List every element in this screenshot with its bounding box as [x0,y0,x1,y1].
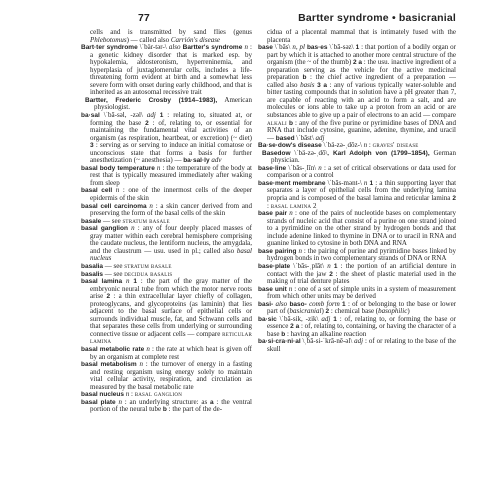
headword: basale [81,218,101,225]
text-columns: cells and is transmitted by sand flies (… [60,29,456,479]
continuation-paragraph: cells and is transmitted by sand flies (… [81,29,252,44]
text-run: adj [354,337,363,345]
text-run: : one of the pairs of nucleotide bases o… [267,209,456,247]
dictionary-entry: base pairing n : the pairing of purine a… [258,248,456,263]
text-run: graves' disease [373,141,419,149]
text-run: Karl Adolph von (1799–1854), [333,150,430,157]
dictionary-entry: basal ganglion n : any of four deeply pl… [81,225,252,263]
guide-words: Bartter syndrome • basicranial [298,12,456,24]
text-run: : a genetic kidney disorder that is mark… [90,43,252,96]
page-header: 77 Bartter syndrome • basicranial [60,12,456,27]
dictionary-entry: Ba·se·dow's disease \ˈbä-zə-ˌdōz-\ n : g… [258,142,456,150]
dictionary-entry: base pair n : one of the pairs of nucleo… [258,210,456,248]
dictionary-entry: base unit n : one of a set of simple uni… [258,286,456,301]
dictionary-entry: basal cell n : one of the innermost cell… [81,187,252,202]
dictionary-entry: basal metabolic rate n : the rate at whi… [81,346,252,361]
text-run: Phlebotomus [90,36,127,44]
dictionary-entry: ba·sal \ˈbā-səl, -zəl\ adj 1 : relating … [81,112,252,165]
dictionary-entry: base·plate \ˈbās-ˌplāt\ n 1 : the portio… [258,263,456,286]
dictionary-entry: basal plate n : an underlying structure:… [81,399,252,414]
column-left: cells and is transmitted by sand flies (… [81,29,252,479]
headword: basalia [81,263,103,270]
text-run: : one of a set of simple units in a syst… [267,285,456,301]
text-run: \ˈbāst\ [295,134,316,142]
dictionary-entry: ba·sic \ˈbā-sik, -zik\ adj 1 : of, relat… [258,316,456,339]
dictionary-entry: Bart·ter syndrome \ˈbär-tər-\ also Bartt… [81,44,252,97]
text-run: : the part of the de- [167,405,222,413]
dictionary-entry: basal body temperature n : the temperatu… [81,165,252,188]
dictionary-entry: basal cell carcinoma n : a skin cancer d… [81,203,252,218]
text-run: — see [101,217,122,225]
text-run: \ˌbā-si-ˈkrā-nē-əl\ [301,337,355,345]
dictionary-entry: ba·si·cra·ni·al \ˌbā-si-ˈkrā-nē-əl\ adj … [258,338,456,353]
dictionary-entry: base \ˈbās\ n, pl bas·es \ˈbā-səz\ 1 : t… [258,44,456,142]
dictionary-entry: basi- also baso- comb form 1 : of or bel… [258,301,456,316]
text-run: : serving as or serving to induce an ini… [90,141,252,164]
column-right: cidua of a placental mammal that is inti… [258,29,456,479]
dictionary-page: 77 Bartter syndrome • basicranial cells … [60,12,456,482]
biographical-note: Basedow \ˈbä-zə-ˌdō\, Karl Adolph von (1… [258,150,456,165]
headword: basalis [81,271,103,278]
dictionary-entry: basal lamina n 1 : the part of the gray … [81,278,252,346]
text-run: based [276,135,295,142]
biographical-note: Bartter, Frederic Crosby (1914–1983), Am… [81,97,252,112]
dictionary-entry: base·ment membrane \ˈbās-mənt-\ n 1 : a … [258,180,456,210]
page-number: 77 [138,12,150,24]
text-run: 2 [452,195,456,202]
text-run: cidua of a placental mammal that is inti… [267,29,456,44]
dictionary-entry: basal metabolism n : the turnover of ene… [81,361,252,391]
dictionary-entry: base·line \ˈbās-ˌlīn\ n : a set of criti… [258,165,456,180]
continuation-paragraph: cidua of a placental mammal that is inti… [258,29,456,44]
